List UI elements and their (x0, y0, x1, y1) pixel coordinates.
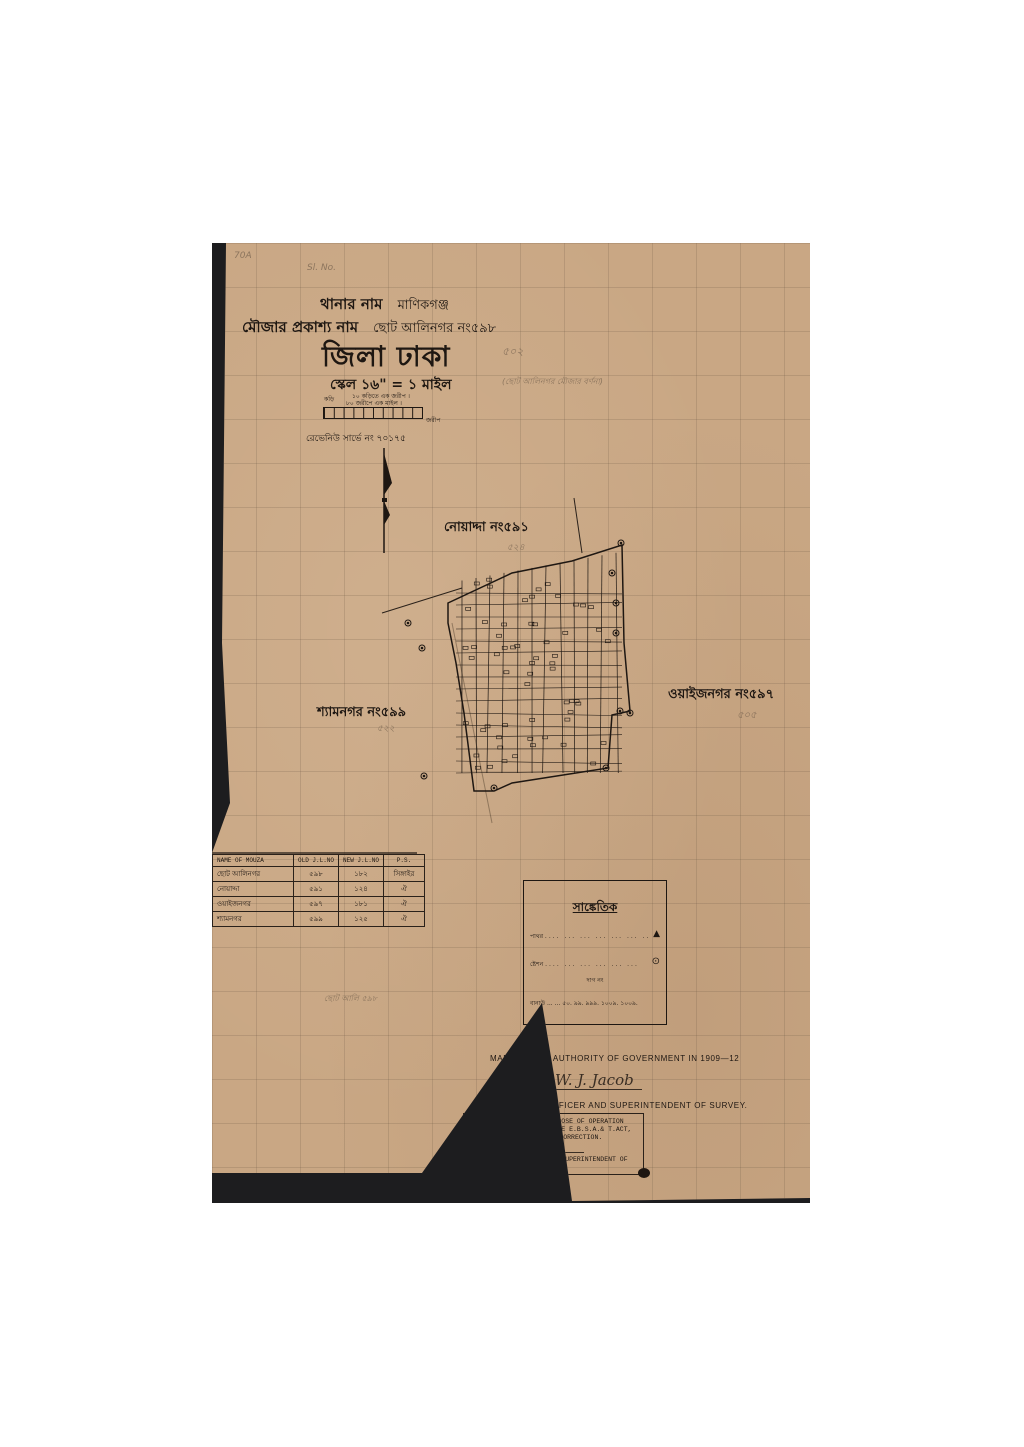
stamp-line: UNDER CHAPTER IV OF THE E.B.S.A.& T.ACT, (464, 1126, 643, 1133)
stamp-line: SURVEY. (464, 1164, 643, 1171)
north-arrow-icon (382, 448, 392, 553)
triangle-icon: ▲ (653, 929, 660, 939)
made-by-authority: MADE BY THE AUTHORITY OF GOVERNMENT IN 1… (490, 1054, 739, 1063)
cell: ঐ (384, 897, 425, 912)
legend-plot-sample: বানাউ ... ... ৫০. ৯৯. ৯৯৯. ১০০৯. ১০০৯. (530, 998, 660, 1009)
cell: ১২৫ (339, 912, 384, 927)
stamp-signature (544, 1142, 584, 1153)
cell: ওয়াইজনগর (213, 897, 294, 912)
table-row: ছোট আলিনগর ৫৯৮ ১৮২ সিঙ্গাইর (213, 867, 425, 882)
map-sheet: 70A Sl. No. ৫০২ (ছোট আলিনগর মৌজার বর্ণনা… (212, 243, 810, 1203)
officer-signature: W. J. Jacob (547, 1071, 642, 1090)
cell: ১৮২ (339, 867, 384, 882)
legend-plot-label: দাগ নং (530, 975, 660, 986)
circle-dot-icon: ⊙ (652, 956, 660, 967)
cell: ঐ (384, 912, 425, 927)
cell: ছোট আলিনগর (213, 867, 294, 882)
scanned-map-frame: 70A Sl. No. ৫০২ (ছোট আলিনগর মৌজার বর্ণনা… (212, 243, 810, 1203)
officer-title: SETTLEMENT OFFICER AND SUPERINTENDENT OF… (485, 1101, 747, 1110)
stamp-line: 1950, WITHOUT CORRECTION. (464, 1134, 643, 1141)
cell: ১৮১ (339, 897, 384, 912)
cell: নোয়াদ্দা (213, 882, 294, 897)
col-new-jl: NEW J.L.NO (339, 855, 384, 867)
legend-label: ষ্টেশন (530, 961, 543, 968)
ink-blot (638, 1168, 650, 1178)
legend-item-stone: পাথর .... ... ... ... ... ... .. ▲ (530, 931, 660, 942)
legend-item-station: ষ্টেশন .... ... ... ... ... ... ⊙ (530, 959, 660, 970)
cell: শ্যামনগর (213, 912, 294, 927)
cell: ৫৯১ (294, 882, 339, 897)
stamp-line: ADOPTED FOR THE PURPOSE OF OPERATION (464, 1118, 643, 1125)
legend-title: সাঙ্কেতিক (530, 899, 660, 919)
cell: সিঙ্গাইর (384, 867, 425, 882)
stamp-line: SETTLEMENT OFFICER & SUPERINTENDENT OF (464, 1156, 643, 1163)
table-row: ওয়াইজনগর ৫৯৭ ১৮১ ঐ (213, 897, 425, 912)
table-header-row: NAME OF MOUZA OLD J.L.NO NEW J.L.NO P.S. (213, 855, 425, 867)
cell: ১২৪ (339, 882, 384, 897)
cell: ৫৯৮ (294, 867, 339, 882)
col-old-jl: OLD J.L.NO (294, 855, 339, 867)
table-row: নোয়াদ্দা ৫৯১ ১২৪ ঐ (213, 882, 425, 897)
col-mouza: NAME OF MOUZA (213, 855, 294, 867)
cell: ৫৯৯ (294, 912, 339, 927)
cell: ৫৯৭ (294, 897, 339, 912)
table-row: শ্যামনগর ৫৯৯ ১২৫ ঐ (213, 912, 425, 927)
legend-box: সাঙ্কেতিক পাথর .... ... ... ... ... ... … (523, 880, 667, 1025)
jl-number-table: NAME OF MOUZA OLD J.L.NO NEW J.L.NO P.S.… (212, 854, 425, 927)
adoption-stamp: ADOPTED FOR THE PURPOSE OF OPERATION UND… (463, 1113, 644, 1175)
cell: ঐ (384, 882, 425, 897)
col-ps: P.S. (384, 855, 425, 867)
legend-label: পাথর (530, 933, 543, 940)
